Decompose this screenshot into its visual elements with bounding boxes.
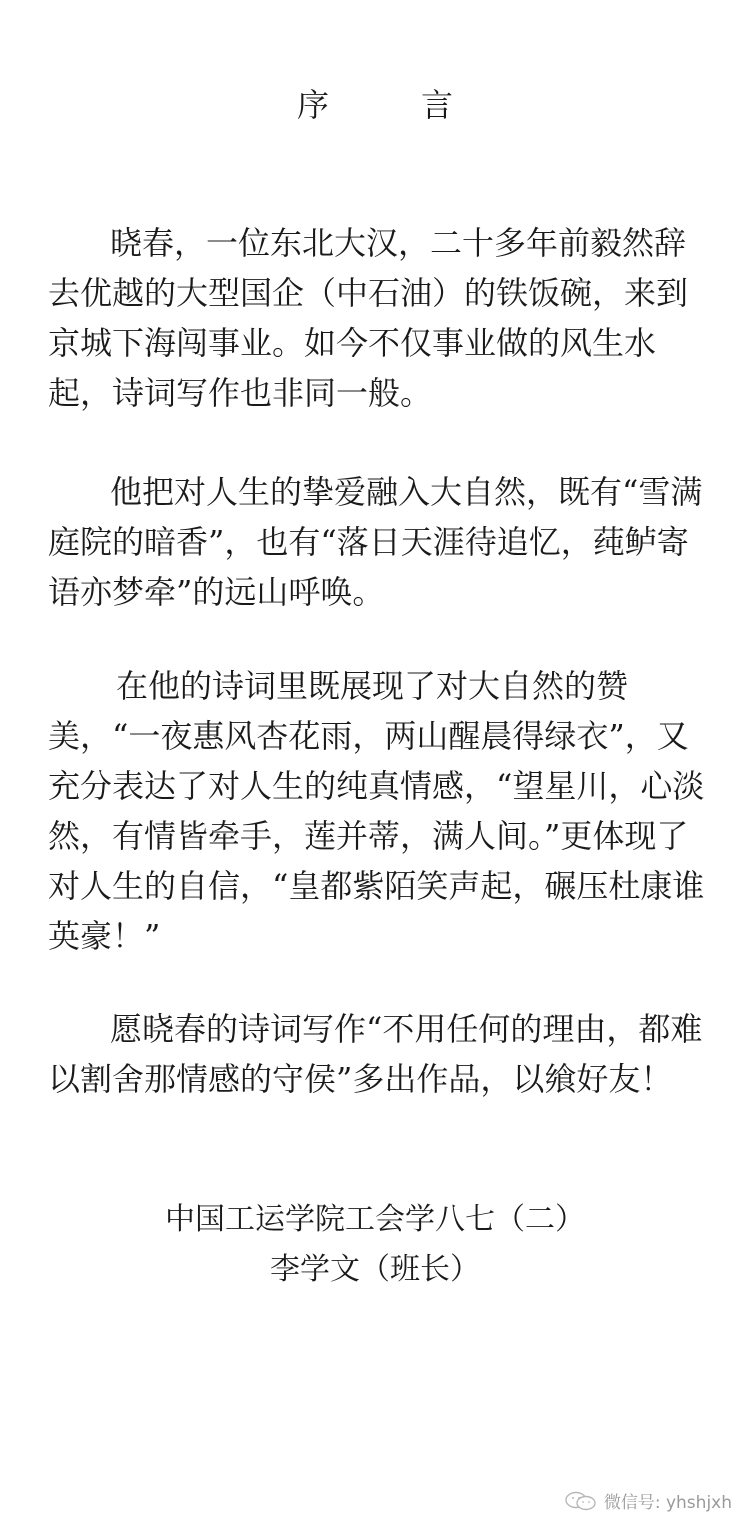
text-line: 愿晓春的诗词写作“不用任何的理由，都难	[48, 1004, 708, 1054]
text-line: 语亦梦牵”的远山呼唤。	[48, 567, 708, 617]
text-line: 他把对人生的挚爱融入大自然，既有“雪满	[48, 467, 708, 517]
text-line: 对人生的自信，“皇都紫陌笑声起，碾压杜康谁	[48, 861, 708, 911]
paragraph-3: 在他的诗词里既展现了对大自然的赞 美，“一夜惠风杏花雨，两山醒晨得绿衣”，又 充…	[48, 661, 708, 961]
text-line: 去优越的大型国企（中石油）的铁饭碗，来到	[48, 268, 708, 318]
text-line: 京城下海闯事业。如今不仅事业做的风生水	[48, 318, 708, 368]
page-title: 序 言	[0, 80, 750, 126]
text-line: 庭院的暗香”，也有“落日天涯待追忆，莼鲈寄	[48, 517, 708, 567]
text-line: 起，诗词写作也非同一般。	[48, 368, 708, 418]
text-line: 英豪！”	[48, 911, 708, 961]
text-line: 美，“一夜惠风杏花雨，两山醒晨得绿衣”，又	[48, 711, 708, 761]
text-line: 然，有情皆牵手，莲并蒂，满人间。”更体现了	[48, 811, 708, 861]
wechat-watermark: 微信号: yhshjxh	[564, 1488, 732, 1513]
paragraph-2: 他把对人生的挚爱融入大自然，既有“雪满 庭院的暗香”，也有“落日天涯待追忆，莼鲈…	[48, 467, 708, 617]
wechat-icon	[564, 1491, 598, 1511]
paragraph-4: 愿晓春的诗词写作“不用任何的理由，都难 以割舍那情感的守侯”多出作品，以飨好友！	[48, 1004, 708, 1104]
text-line: 充分表达了对人生的纯真情感，“望星川，心淡	[48, 761, 708, 811]
signature-organization: 中国工运学院工会学八七（二）	[0, 1196, 750, 1244]
watermark-text: 微信号: yhshjxh	[604, 1488, 732, 1513]
signature-author: 李学文（班长）	[0, 1246, 750, 1294]
text-line: 晓春，一位东北大汉，二十多年前毅然辞	[48, 218, 708, 268]
text-line: 以割舍那情感的守侯”多出作品，以飨好友！	[48, 1054, 708, 1104]
text-line: 在他的诗词里既展现了对大自然的赞	[48, 661, 708, 711]
paragraph-1: 晓春，一位东北大汉，二十多年前毅然辞 去优越的大型国企（中石油）的铁饭碗，来到 …	[48, 218, 708, 418]
